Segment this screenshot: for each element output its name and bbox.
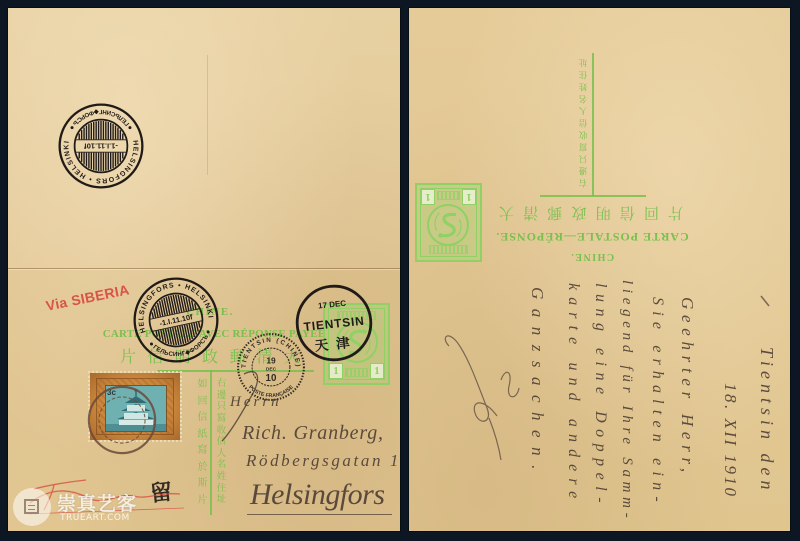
ink-strokes-overlay xyxy=(8,8,400,531)
reply-postcard-message-side: 右邊只寫收信人名姓住址 1 1 大清郵政明信回片 CARTE POSTALE—R… xyxy=(409,8,790,531)
watermark-brand-chinese: 崇真艺客 xyxy=(57,489,137,516)
watermark-brand-english: TRUEART.COM xyxy=(60,513,130,523)
reply-postcard-address-side: HELSINGFORS • HELSINKI ГЕЛЬСИНГ◆ФОРСЪ -1… xyxy=(8,8,400,531)
watermark: 崇真艺客 TRUEART.COM xyxy=(13,488,143,528)
signature-overlay xyxy=(409,8,790,531)
handwritten-signature xyxy=(445,296,769,460)
watermark-logo-icon xyxy=(13,488,51,526)
handwritten-flourish xyxy=(222,372,258,441)
